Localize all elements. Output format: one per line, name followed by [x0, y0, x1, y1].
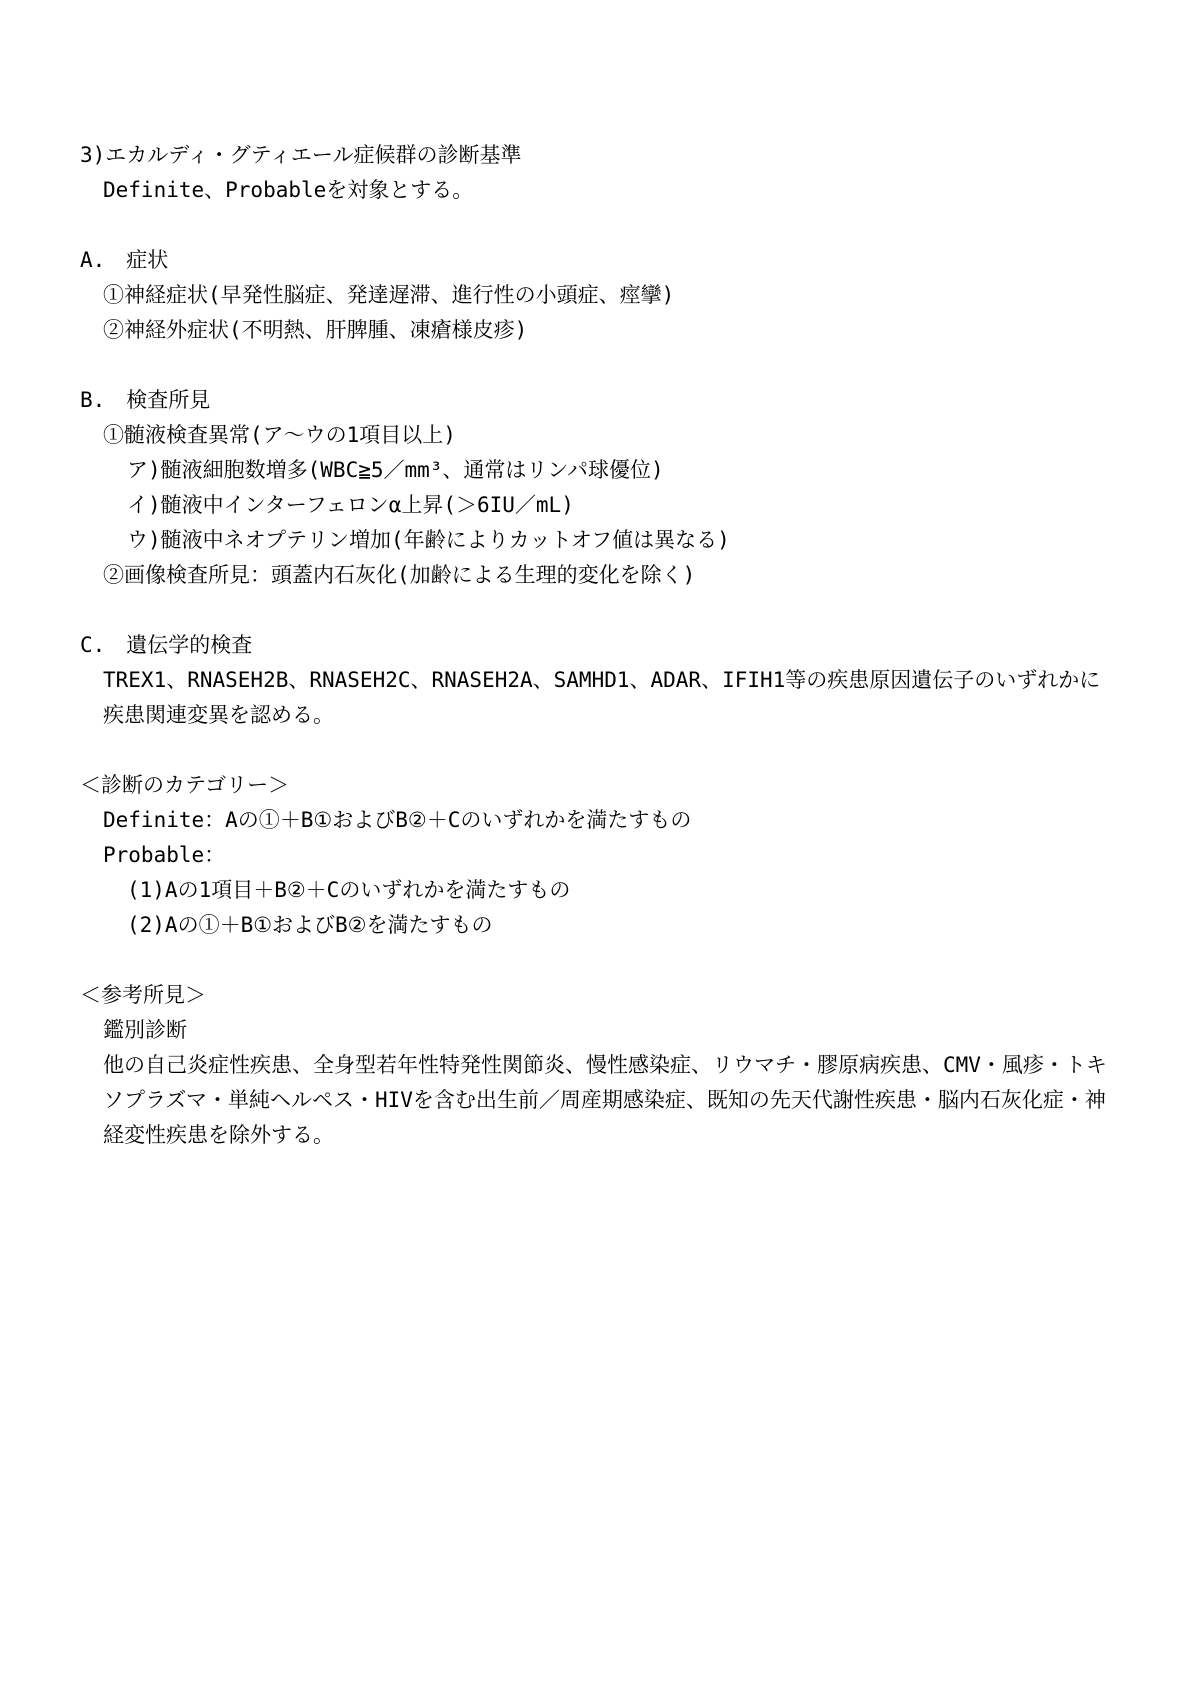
blank-line: [80, 943, 1126, 978]
reference-subtitle: 鑑別診断: [80, 1013, 1126, 1048]
section-a-item-1: ①神経症状(早発性脳症、発達遅滞、進行性の小頭症、痙攣): [80, 278, 1126, 313]
document-page: 3)エカルディ・グティエール症候群の診断基準 Definite、Probable…: [0, 0, 1181, 1695]
reference-title: ＜参考所見＞: [80, 978, 1126, 1013]
document-intro: Definite、Probableを対象とする。: [80, 173, 1126, 208]
blank-line: [80, 593, 1126, 628]
reference-body: 他の自己炎症性疾患、全身型若年性特発性関節炎、慢性感染症、リウマチ・膠原病疾患、…: [80, 1048, 1108, 1153]
blank-line: [80, 208, 1126, 243]
section-b-subitem-i: イ)髄液中インターフェロンα上昇(＞6IU／mL): [80, 488, 1126, 523]
diagnosis-probable-item-2: (2)Aの①＋B①およびB②を満たすもの: [80, 908, 1126, 943]
blank-line: [80, 348, 1126, 383]
diagnosis-definite-line: Definite：Aの①＋B①およびB②＋Cのいずれかを満たすもの: [80, 803, 1126, 838]
diagnostic-criteria-document: 3)エカルディ・グティエール症候群の診断基準 Definite、Probable…: [0, 0, 1181, 1153]
diagnosis-probable-item-1: (1)Aの1項目＋B②＋Cのいずれかを満たすもの: [80, 873, 1126, 908]
section-b-item-1: ①髄液検査異常(ア〜ウの1項目以上): [80, 418, 1126, 453]
blank-line: [80, 733, 1126, 768]
section-c-title: C. 遺伝学的検査: [80, 628, 1126, 663]
section-b-item-2: ②画像検査所見：頭蓋内石灰化(加齢による生理的変化を除く): [80, 558, 1126, 593]
section-a-item-2: ②神経外症状(不明熱、肝脾腫、凍瘡様皮疹): [80, 313, 1126, 348]
diagnosis-probable-label: Probable：: [80, 838, 1126, 873]
section-a-title: A. 症状: [80, 243, 1126, 278]
document-title: 3)エカルディ・グティエール症候群の診断基準: [80, 138, 1126, 173]
diagnosis-category-title: ＜診断のカテゴリー＞: [80, 768, 1126, 803]
section-b-title: B. 検査所見: [80, 383, 1126, 418]
section-c-body: TREX1、RNASEH2B、RNASEH2C、RNASEH2A、SAMHD1、…: [80, 663, 1108, 733]
section-b-subitem-a: ア)髄液細胞数増多(WBC≧5／mm³、通常はリンパ球優位): [80, 453, 1126, 488]
section-b-subitem-u: ウ)髄液中ネオプテリン増加(年齢によりカットオフ値は異なる): [80, 523, 1126, 558]
